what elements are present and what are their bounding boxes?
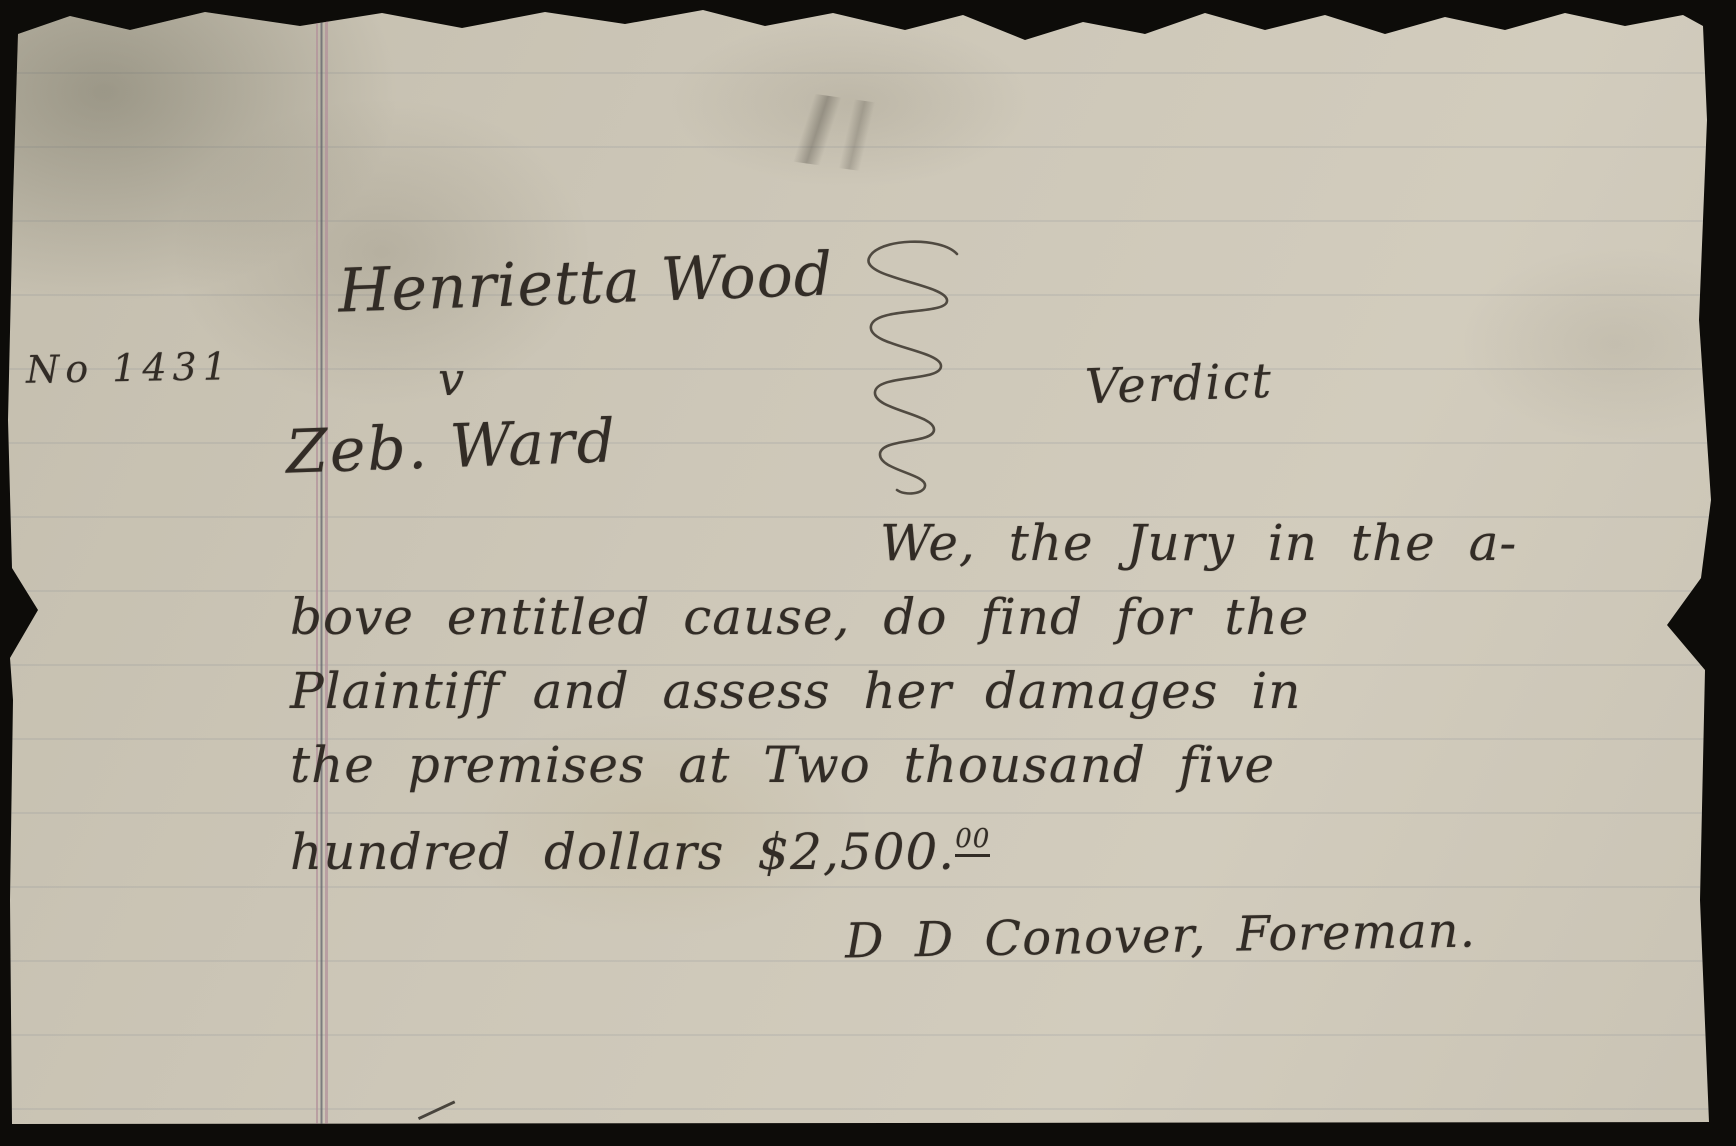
body-line-2: bove entitled cause, do find for the	[290, 580, 1590, 654]
document-scan: No 1431 Henrietta Wood v Zeb. Ward Verdi…	[0, 0, 1736, 1146]
body-line-3: Plaintiff and assess her damages in	[290, 654, 1590, 728]
verdict-heading: Verdict	[1084, 353, 1274, 416]
body-line-5: hundred dollars $2,500.00	[290, 802, 1590, 876]
pencil-smudge	[686, 77, 953, 183]
case-number: No 1431	[26, 344, 234, 392]
amount-cents-superscript: 00	[955, 824, 990, 857]
paper-sheet: No 1431 Henrietta Wood v Zeb. Ward Verdi…	[0, 0, 1736, 1146]
foreman-signature: D D Conover, Foreman.	[845, 902, 1477, 969]
verdict-body: We, the Jury in the a- bove entitled cau…	[290, 506, 1590, 876]
coil-bracket-flourish	[845, 232, 975, 502]
stray-ink-mark	[418, 1100, 462, 1134]
amount-text: hundred dollars $2,500.	[290, 823, 955, 881]
versus-mark: v	[438, 352, 464, 406]
plaintiff-name: Henrietta Wood	[337, 239, 834, 326]
defendant-name: Zeb. Ward	[285, 406, 618, 488]
body-line-1: We, the Jury in the a-	[290, 506, 1590, 580]
body-line-4: the premises at Two thousand five	[290, 728, 1590, 802]
